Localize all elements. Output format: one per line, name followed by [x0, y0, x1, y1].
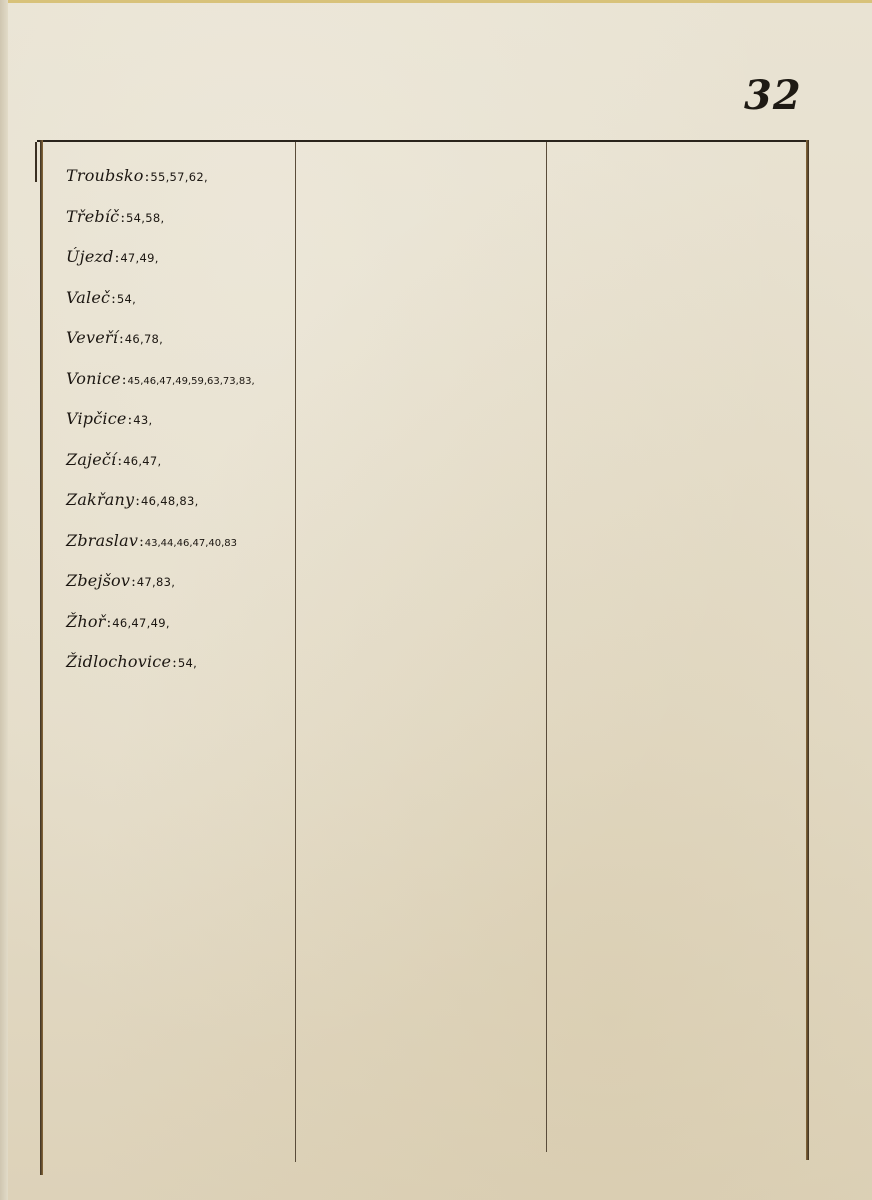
column-divider-2 — [546, 142, 547, 1152]
page-refs: 54, — [117, 292, 136, 306]
index-entry: Veveří:46,78, — [66, 328, 292, 369]
separator: : — [139, 534, 144, 550]
frame-left-outer-rule — [35, 142, 37, 182]
column-divider-1 — [295, 142, 296, 1162]
separator: : — [172, 655, 177, 671]
separator: : — [128, 412, 133, 428]
separator: : — [120, 210, 125, 226]
frame-left-rule — [40, 140, 43, 1175]
page-refs: 46,48,83, — [141, 494, 199, 508]
place-name: Újezd — [66, 247, 114, 266]
separator: : — [131, 574, 136, 590]
binding-edge — [0, 0, 8, 1200]
index-column-1: Troubsko:55,57,62, Třebíč:54,58, Újezd:4… — [66, 166, 292, 693]
index-entry: Újezd:47,49, — [66, 247, 292, 288]
frame-top-rule — [37, 140, 809, 142]
place-name: Zaječí — [66, 450, 116, 469]
index-entry: Vipčice:43, — [66, 409, 292, 450]
index-entry: Třebíč:54,58, — [66, 207, 292, 248]
page-refs: 54, — [178, 656, 197, 670]
index-entry: Zbejšov:47,83, — [66, 571, 292, 612]
page-refs: 46,78, — [125, 332, 163, 346]
place-name: Třebíč — [66, 207, 119, 226]
place-name: Veveří — [66, 328, 118, 347]
index-entry: Židlochovice:54, — [66, 652, 292, 693]
index-entry: Vonice:45,46,47,49,59,63,73,83, — [66, 369, 292, 410]
separator: : — [115, 250, 120, 266]
page-refs: 43,44,46,47,40,83 — [145, 538, 237, 549]
separator: : — [117, 453, 122, 469]
page-refs: 46,47,49, — [112, 616, 170, 630]
place-name: Troubsko — [66, 166, 144, 185]
index-entry: Zakřany:46,48,83, — [66, 490, 292, 531]
page-refs: 54,58, — [126, 211, 164, 225]
place-name: Vonice — [66, 369, 121, 388]
separator: : — [122, 372, 127, 388]
place-name: Zbejšov — [66, 571, 130, 590]
index-entry: Zaječí:46,47, — [66, 450, 292, 491]
page-refs: 46,47, — [123, 454, 161, 468]
separator: : — [107, 615, 112, 631]
page-refs: 47,49, — [120, 251, 158, 265]
place-name: Žhoř — [66, 612, 106, 631]
place-name: Vipčice — [66, 409, 127, 428]
place-name: Židlochovice — [66, 652, 171, 671]
frame-right-rule — [806, 140, 809, 1160]
page-refs: 43, — [133, 413, 152, 427]
separator: : — [145, 169, 150, 185]
index-entry: Žhoř:46,47,49, — [66, 612, 292, 653]
page-refs: 47,83, — [137, 575, 175, 589]
index-entry: Zbraslav:43,44,46,47,40,83 — [66, 531, 292, 572]
page-number: 32 — [744, 72, 802, 119]
place-name: Zbraslav — [66, 531, 138, 550]
place-name: Valeč — [66, 288, 110, 307]
manuscript-page: 32 ​ Troubsko:55,57,62, Třebíč:54,58, Új… — [0, 0, 872, 1200]
separator: : — [111, 291, 116, 307]
place-name: Zakřany — [66, 490, 134, 509]
page-refs: 55,57,62, — [150, 170, 208, 184]
index-entry: Troubsko:55,57,62, — [66, 166, 292, 207]
index-entry: Valeč:54, — [66, 288, 292, 329]
separator: : — [135, 493, 140, 509]
gilt-top-edge — [0, 0, 872, 3]
page-refs: 45,46,47,49,59,63,73,83, — [128, 376, 255, 387]
separator: : — [119, 331, 124, 347]
